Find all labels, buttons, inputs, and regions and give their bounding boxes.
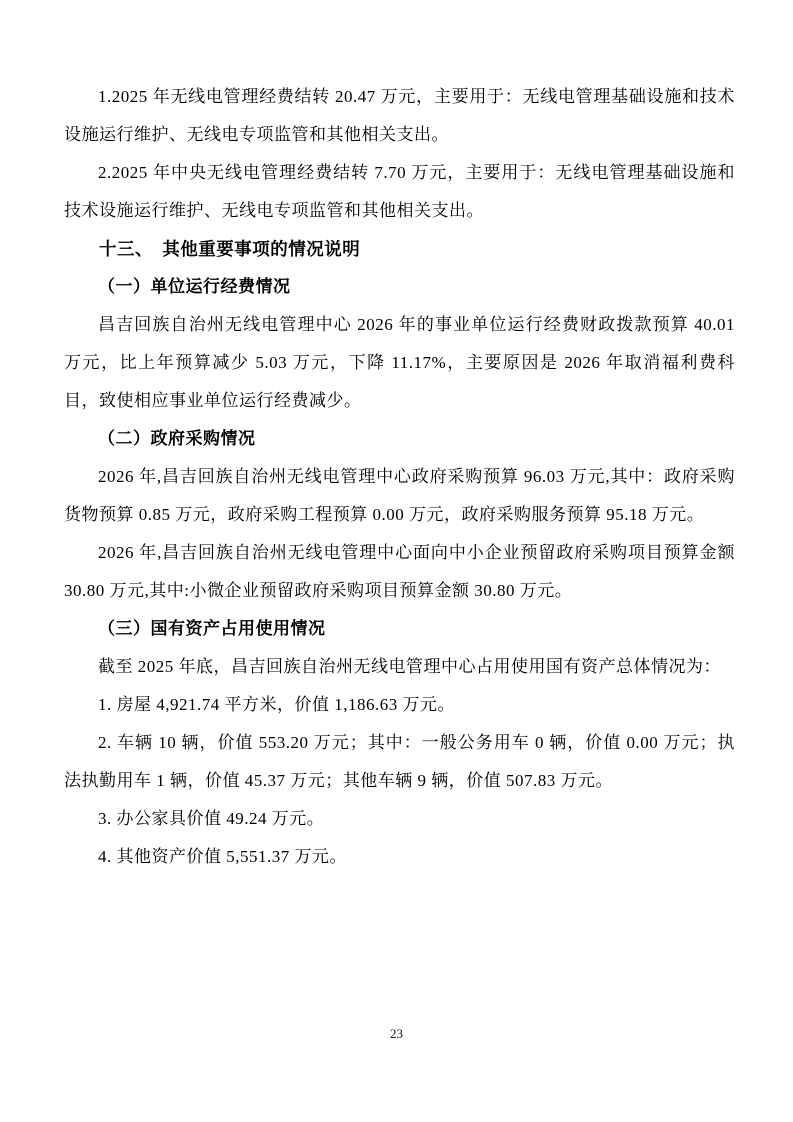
section-heading-13: 十三、 其他重要事项的情况说明 (64, 230, 735, 268)
body-paragraph-carryover-1: 1.2025 年无线电管理经费结转 20.47 万元，主要用于：无线电管理基础设… (64, 78, 735, 154)
subsection-heading-state-assets: （三）国有资产占用使用情况 (64, 610, 735, 648)
body-paragraph-carryover-2: 2.2025 年中央无线电管理经费结转 7.70 万元，主要用于：无线电管理基础… (64, 154, 735, 230)
body-paragraph-operating-cost: 昌吉回族自治州无线电管理中心 2026 年的事业单位运行经费财政拨款预算 40.… (64, 306, 735, 420)
body-paragraph-assets-intro: 截至 2025 年底，昌吉回族自治州无线电管理中心占用使用国有资产总体情况为： (64, 648, 735, 686)
document-page: 1.2025 年无线电管理经费结转 20.47 万元，主要用于：无线电管理基础设… (0, 0, 793, 1122)
body-paragraph-procurement-budget: 2026 年,昌吉回族自治州无线电管理中心政府采购预算 96.03 万元,其中：… (64, 458, 735, 534)
document-body: 1.2025 年无线电管理经费结转 20.47 万元，主要用于：无线电管理基础设… (64, 78, 735, 876)
page-number: 23 (0, 1026, 793, 1042)
subsection-heading-government-procurement: （二）政府采购情况 (64, 420, 735, 458)
body-paragraph-assets-other: 4. 其他资产价值 5,551.37 万元。 (64, 838, 735, 876)
body-paragraph-assets-vehicles: 2. 车辆 10 辆，价值 553.20 万元；其中：一般公务用车 0 辆，价值… (64, 724, 735, 800)
body-paragraph-assets-housing: 1. 房屋 4,921.74 平方米，价值 1,186.63 万元。 (64, 686, 735, 724)
subsection-heading-unit-operating-cost: （一）单位运行经费情况 (64, 268, 735, 306)
body-paragraph-procurement-sme: 2026 年,昌吉回族自治州无线电管理中心面向中小企业预留政府采购项目预算金额 … (64, 534, 735, 610)
body-paragraph-assets-furniture: 3. 办公家具价值 49.24 万元。 (64, 800, 735, 838)
